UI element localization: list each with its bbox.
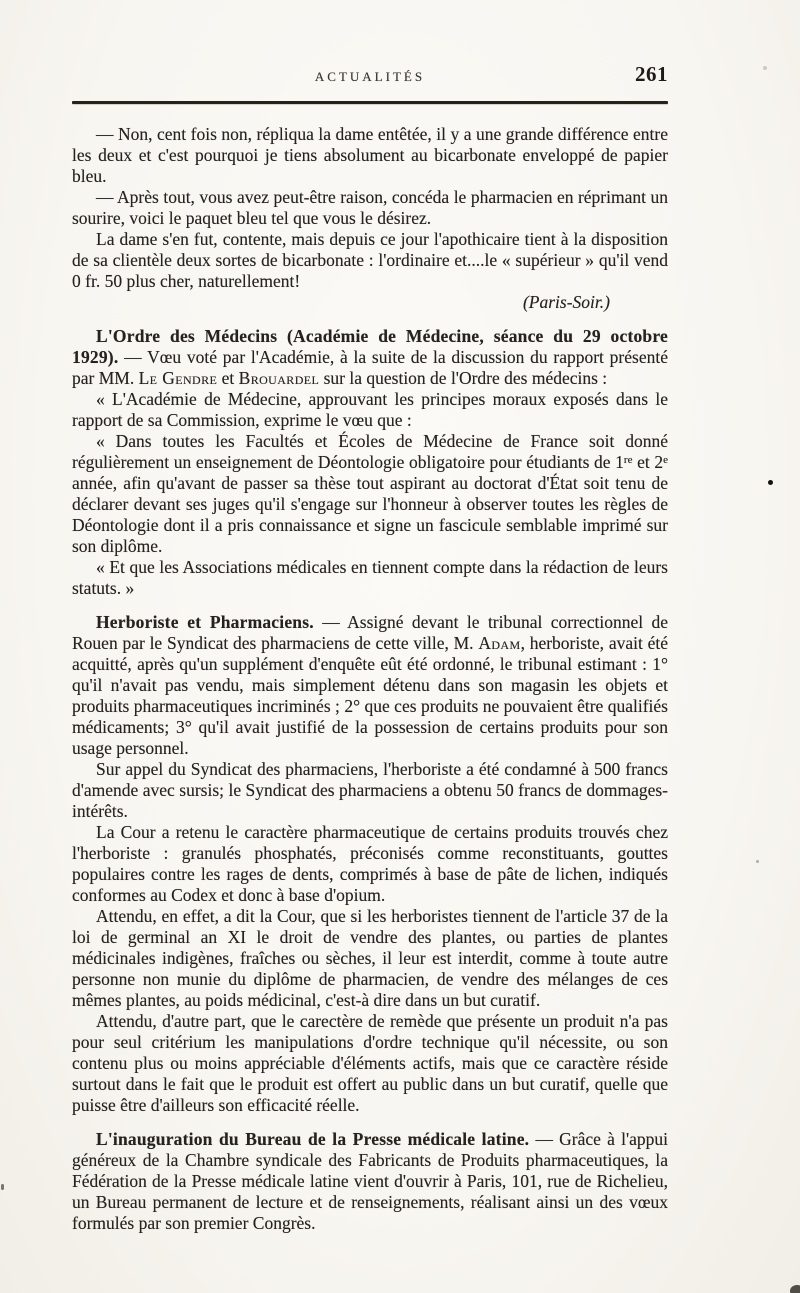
page-body: — Non, cent fois non, répliqua la dame e… [72, 124, 668, 1234]
section-herboriste-et-pharmaciens: Herboriste et Pharmaciens. — Assigné dev… [72, 612, 668, 1116]
presse-heading-paragraph: L'inauguration du Bureau de la Presse mé… [72, 1129, 668, 1234]
paragraph-text: « Dans toutes les Facultés et Écoles de … [72, 431, 668, 472]
ordre-heading-paragraph: L'Ordre des Médecins (Académie de Médeci… [72, 326, 668, 389]
scanned-journal-page: ACTUALITÉS 261 — Non, cent fois non, rép… [0, 0, 800, 1293]
section-ordre-des-medecins: L'Ordre des Médecins (Académie de Médeci… [72, 326, 668, 599]
person-name-brouardel: Brouardel [239, 368, 320, 388]
scan-speck [1, 1184, 4, 1190]
herboriste-paragraph-3: La Cour a retenu le caractère pharmaceut… [72, 822, 668, 906]
heading-dash: — [529, 1129, 559, 1149]
heading-dash: — [118, 347, 147, 367]
scan-speck [763, 66, 767, 70]
dialogue-paragraph-3: La dame s'en fut, contente, mais depuis … [72, 229, 668, 292]
herboriste-paragraph-4: Attendu, en effet, a dit la Cour, que si… [72, 906, 668, 1011]
scan-speck [768, 480, 773, 485]
paragraph-text: et [217, 368, 238, 388]
page-header: ACTUALITÉS 261 [72, 64, 668, 90]
source-attribution: (Paris-Soir.) [72, 292, 668, 313]
person-name-adam: Adam [478, 633, 520, 653]
section-heading: Herboriste et Pharmaciens. [96, 612, 314, 632]
page-number: 261 [635, 62, 668, 87]
person-name-le-gendre: Le Gendre [139, 368, 218, 388]
ordre-paragraph-3: « Dans toutes les Facultés et Écoles de … [72, 431, 668, 557]
herboriste-paragraph-2: Sur appel du Syndicat des pharmaciens, l… [72, 759, 668, 822]
running-title: ACTUALITÉS [72, 64, 668, 85]
page-content: ACTUALITÉS 261 — Non, cent fois non, rép… [72, 64, 668, 1234]
section-bicarbonate-anecdote: — Non, cent fois non, répliqua la dame e… [72, 124, 668, 313]
heading-dash: — [314, 612, 347, 632]
dialogue-paragraph-2: — Après tout, vous avez peut-être raison… [72, 187, 668, 229]
ordre-paragraph-4: « Et que les Associations médicales en t… [72, 557, 668, 599]
header-rule [72, 101, 668, 104]
section-presse-medicale-latine: L'inauguration du Bureau de la Presse mé… [72, 1129, 668, 1234]
herboriste-heading-paragraph: Herboriste et Pharmaciens. — Assigné dev… [72, 612, 668, 759]
paragraph-text: année, afin qu'avant de passer sa thèse … [72, 473, 668, 556]
attribution-text: (Paris-Soir.) [523, 292, 610, 312]
ordinal-superscript: e [663, 454, 668, 466]
scan-corner-mark [790, 1285, 800, 1293]
section-heading: L'inauguration du Bureau de la Presse mé… [96, 1129, 529, 1149]
paragraph-text: et 2 [632, 452, 663, 472]
herboriste-paragraph-5: Attendu, d'autre part, que le carectère … [72, 1011, 668, 1116]
ordre-paragraph-2: « L'Académie de Médecine, approuvant les… [72, 389, 668, 431]
scan-speck [756, 860, 759, 863]
dialogue-paragraph-1: — Non, cent fois non, répliqua la dame e… [72, 124, 668, 187]
paragraph-text: sur la question de l'Ordre des médecins … [319, 368, 607, 388]
